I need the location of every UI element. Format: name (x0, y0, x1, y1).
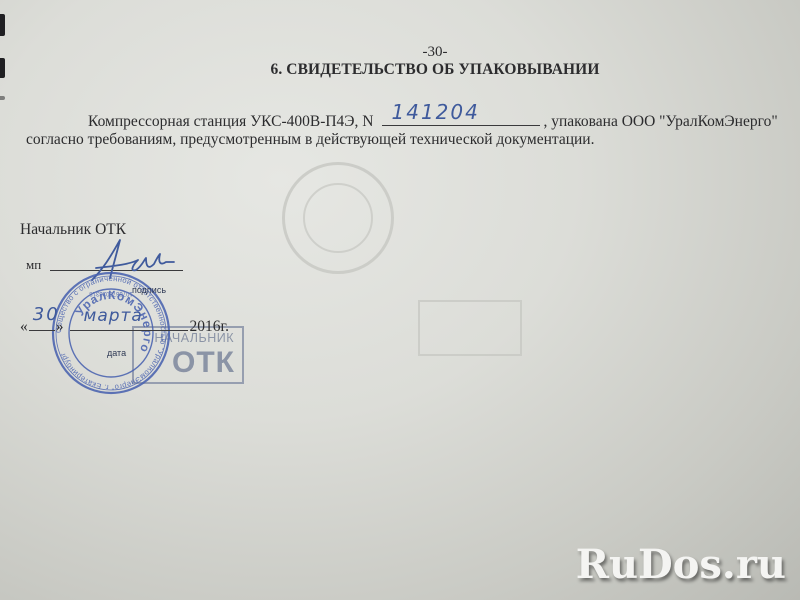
date-day-handwritten: 30 (33, 304, 60, 325)
date-year: 2016г. (190, 318, 229, 335)
serial-number-field: 141204 (382, 109, 540, 126)
show-through-stamp (282, 162, 394, 274)
date-line: «30»марта2016г. (20, 314, 229, 336)
otk-stamp-code: ОТК (172, 346, 235, 380)
serial-number-handwritten: 141204 (392, 100, 480, 124)
body-line-1-prefix: Компрессорная станция УКС-400В-П4Э, N (88, 113, 374, 130)
date-day-field: 30 (29, 314, 55, 331)
date-month-handwritten: марта (84, 306, 143, 326)
date-open-quote: « (20, 318, 28, 335)
body-line-2: согласно требованиям, предусмотренным в … (26, 131, 594, 149)
seal-label: мп (26, 257, 41, 273)
page-number: -30- (0, 44, 800, 61)
watermark: RuDos.ru (576, 541, 786, 588)
section-title: 6. СВИДЕТЕЛЬСТВО ОБ УПАКОВЫВАНИИ (0, 61, 800, 79)
binder-hole-mark (0, 14, 5, 36)
body-line-1: Компрессорная станция УКС-400В-П4Э, N141… (88, 109, 778, 131)
round-stamp-ogrn: 1076670023318 (89, 290, 133, 296)
body-line-1-suffix: , упакована ООО "УралКомЭнерго" (544, 113, 778, 130)
signature-caption: подпись (132, 285, 166, 295)
binder-hole-mark (0, 96, 5, 100)
document-page: -30- 6. СВИДЕТЕЛЬСТВО ОБ УПАКОВЫВАНИИ Ко… (0, 0, 800, 600)
show-through-stamp (418, 300, 522, 356)
date-caption: дата (107, 348, 126, 358)
date-month-field: марта (70, 314, 188, 331)
